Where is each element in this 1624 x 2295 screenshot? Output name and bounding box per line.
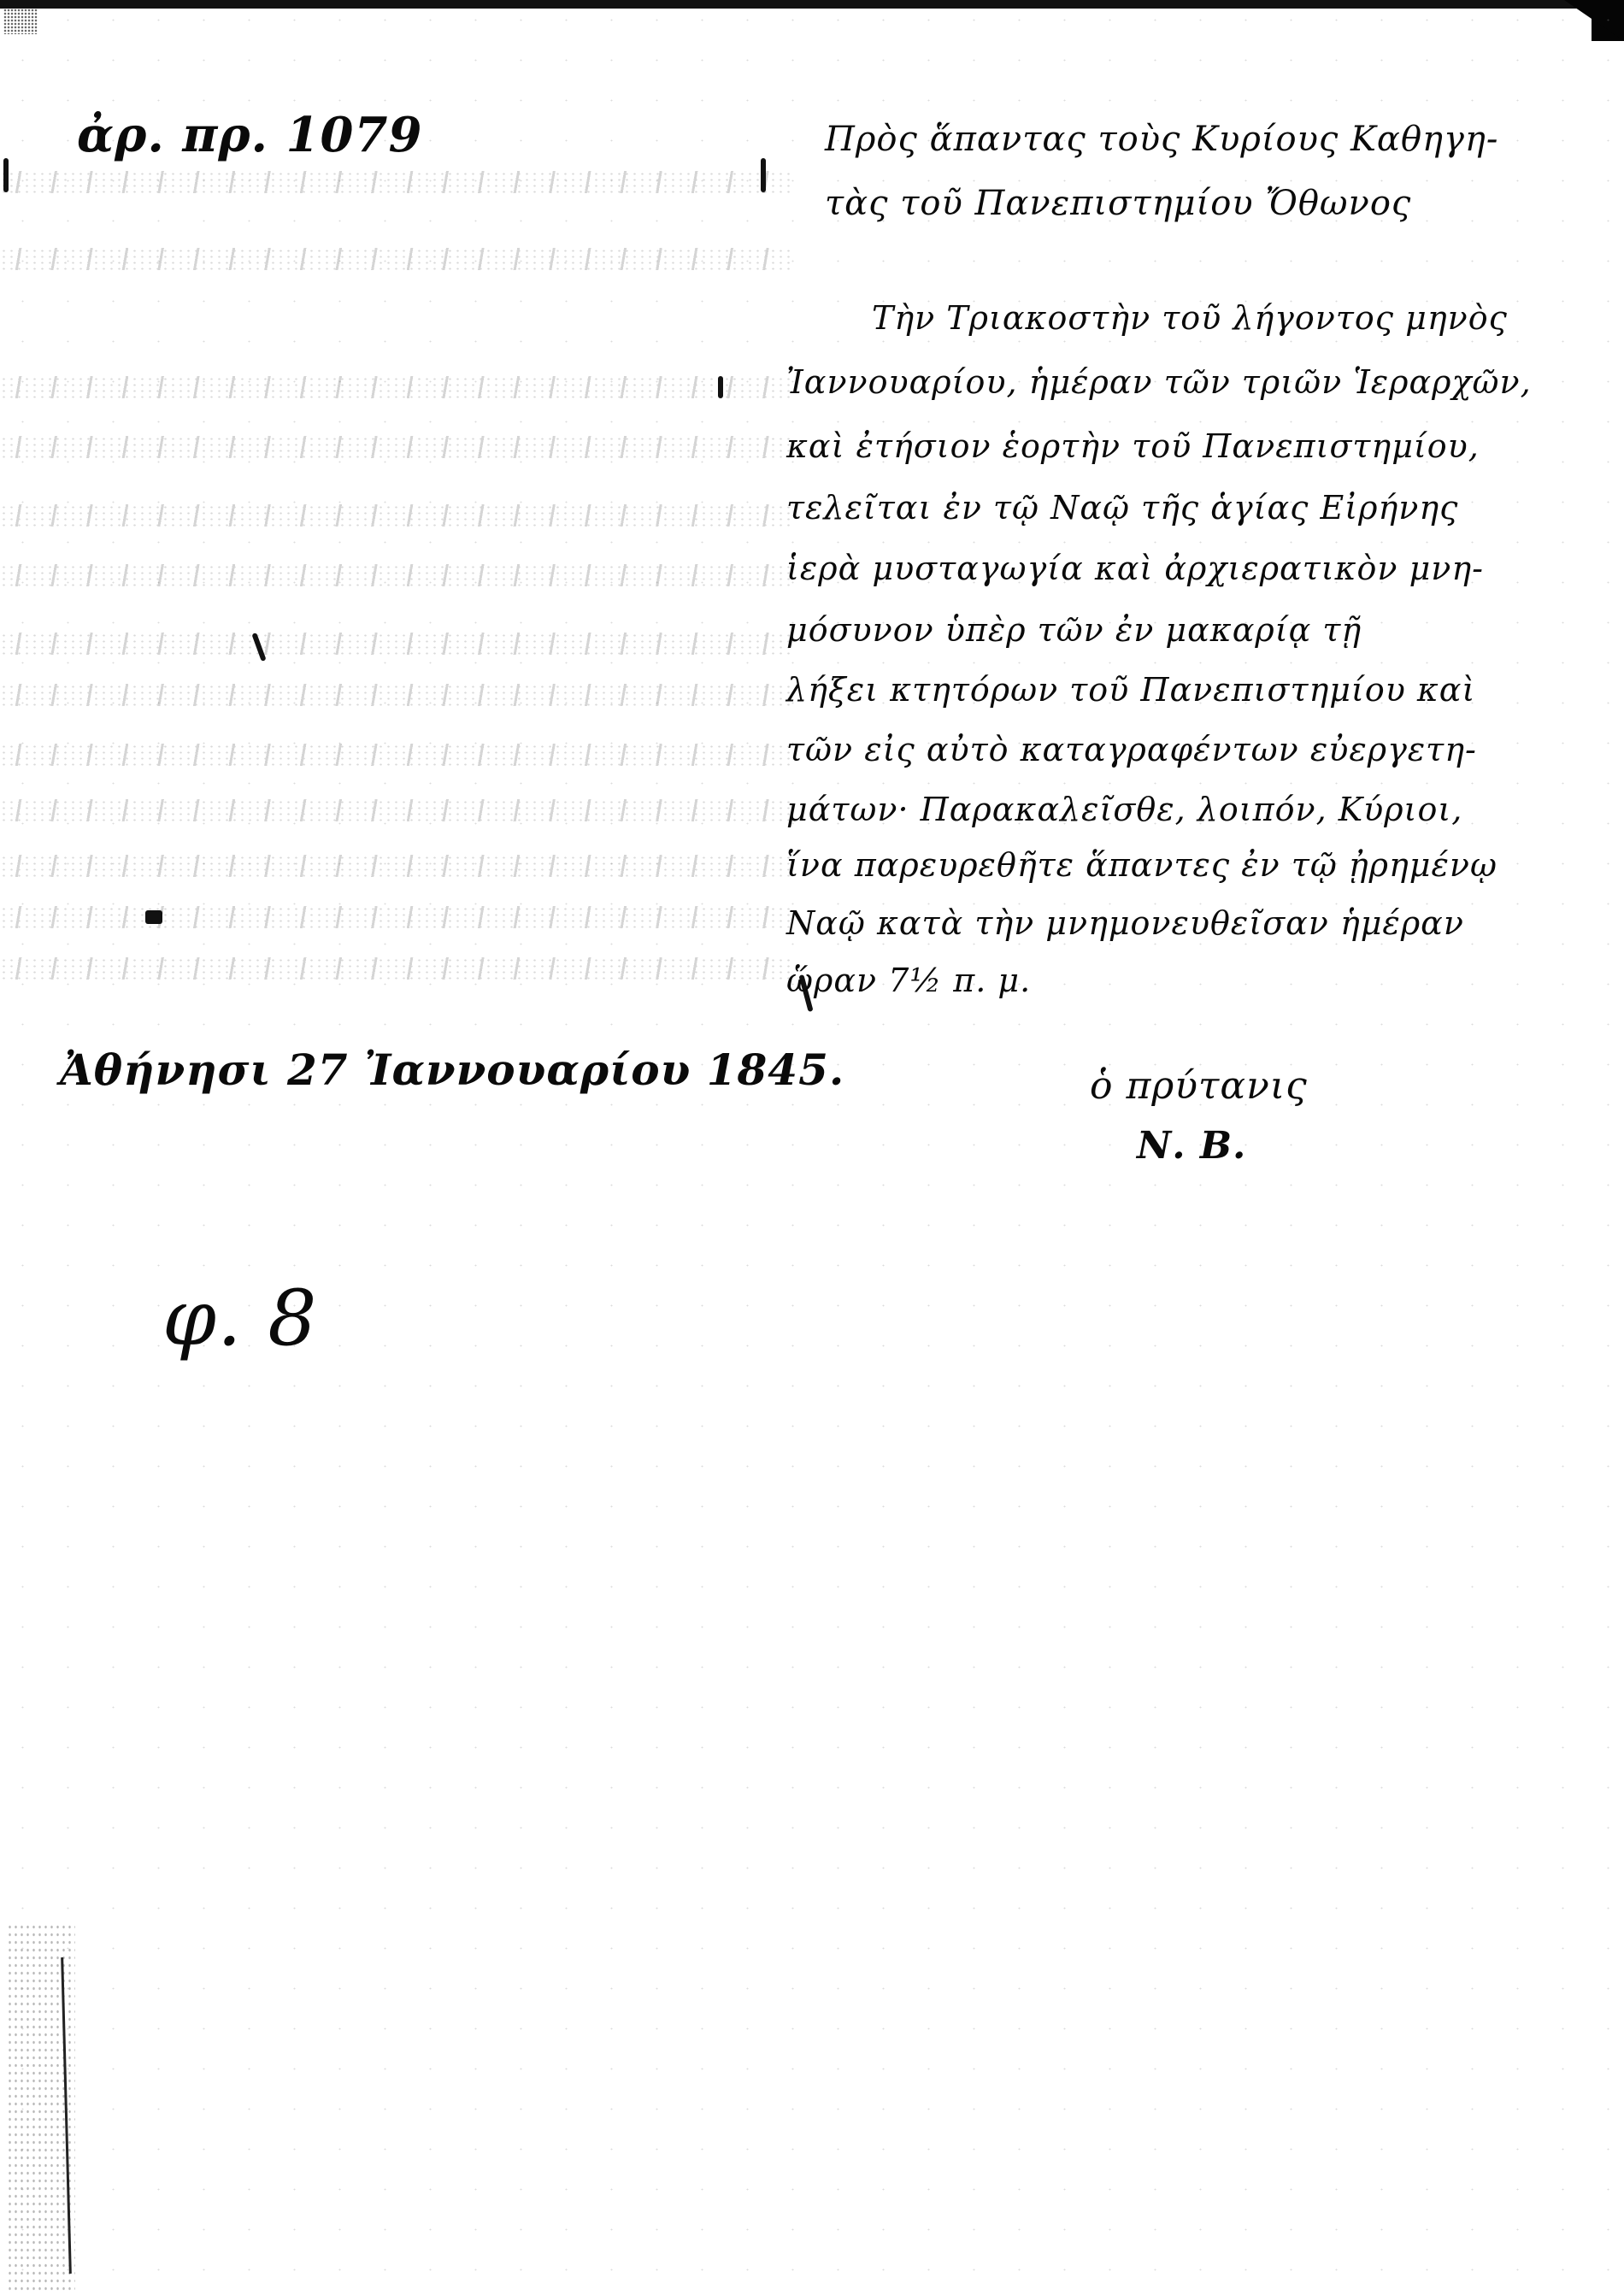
body-line: μάτων· Παρακαλεῖσθε, λοιπόν, Κύριοι, xyxy=(786,791,1462,828)
scan-noise-top-left xyxy=(3,9,38,34)
body-line: λήξει κτητόρων τοῦ Πανεπιστημίου καὶ xyxy=(786,671,1475,709)
paper-speckle xyxy=(0,0,1624,2295)
address-line-1: Πρὸς ἅπαντας τοὺς Κυρίους Καθηγη- xyxy=(825,120,1498,159)
address-line-2: τὰς τοῦ Πανεπιστημίου Ὄθωνος xyxy=(825,184,1411,223)
body-line: τῶν εἰς αὐτὸ καταγραφέντων εὐεργετη- xyxy=(786,731,1477,768)
body-line: μόσυνον ὑπὲρ τῶν ἐν μακαρίᾳ τῇ xyxy=(786,611,1362,649)
folio-mark: φ. 8 xyxy=(162,1274,318,1363)
signature-initials: Ν. Β. xyxy=(1137,1124,1246,1168)
scan-corner-fold xyxy=(1564,0,1624,41)
body-line: Τὴν Τριακοστὴν τοῦ λήγοντος μηνὸς xyxy=(872,299,1508,337)
manuscript-page: ἀρ. πρ. 1079 Πρὸς ἅπαντας τοὺς Κυρίους Κ… xyxy=(0,0,1624,2295)
body-line: Ἰαννουαρίου, ἡμέραν τῶν τριῶν Ἱεραρχῶν, xyxy=(786,363,1532,401)
body-line: ἱερὰ μυσταγωγία καὶ ἀρχιερατικὸν μνη- xyxy=(786,550,1484,587)
body-line: ὥραν 7½ π. μ. xyxy=(786,962,1031,999)
body-line: Ναῷ κατὰ τὴν μνημονευθεῖσαν ἡμέραν xyxy=(786,904,1464,942)
reference-number: ἀρ. πρ. 1079 xyxy=(77,107,422,163)
body-line: καὶ ἐτήσιον ἑορτὴν τοῦ Πανεπιστημίου, xyxy=(786,427,1480,465)
body-line: τελεῖται ἐν τῷ Ναῷ τῆς ἁγίας Εἰρήνης xyxy=(786,489,1458,527)
place-and-date: Ἀθήνησι 27 Ἰαννουαρίου 1845. xyxy=(60,1045,844,1095)
signature-title: ὁ πρύτανις xyxy=(1090,1064,1308,1108)
scan-top-border xyxy=(0,0,1624,9)
body-line: ἵνα παρευρεθῆτε ἅπαντες ἐν τῷ ᾐρημένῳ xyxy=(786,846,1497,884)
